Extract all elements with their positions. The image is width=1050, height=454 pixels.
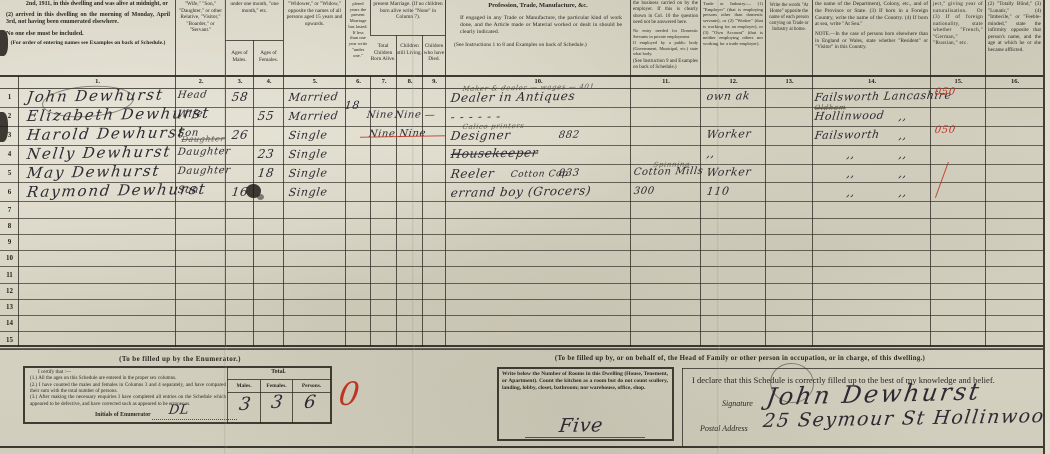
header-col-profession: Profession, Trade, Manufacture, &c. If e…: [445, 0, 630, 76]
signature-handwriting: John Dewhurst: [765, 379, 983, 409]
cell-born: Nine: [366, 110, 394, 120]
rooms-instruction: Write below the Number of Rooms in this …: [502, 371, 668, 392]
column-number-14: 14.: [812, 76, 931, 88]
cell-ditto2: ,,: [898, 111, 908, 122]
row-number: 7: [2, 206, 17, 214]
row-number: 12: [2, 287, 17, 295]
cell-employment: own ak: [706, 90, 751, 102]
cell-relation: Daughter: [177, 147, 231, 158]
table-row-12: 12: [0, 283, 1044, 300]
certify-item: (3.) After making the necessary enquirie…: [30, 394, 226, 407]
cell-died: —: [424, 111, 436, 121]
header-col-ages-note: under one month, "one month," etc.: [225, 0, 283, 40]
cell-red-code: 050: [934, 125, 956, 135]
header-col-employment-status: Trade or Industry:— (1) "Employer" (that…: [700, 0, 765, 76]
cell-birthplace: Hollinwood: [814, 110, 885, 122]
totals-title: Total.: [227, 369, 330, 377]
cell-occupation: errand boy (Grocers): [450, 184, 592, 198]
header-text: NOTE.—In the case of persons born elsewh…: [815, 31, 928, 51]
column-number-16: 16.: [985, 76, 1044, 88]
table-row-8: 8: [0, 218, 1044, 235]
cell-ditto2: ,,: [898, 167, 908, 178]
cell-marital: Married: [288, 91, 339, 103]
cell-ditto1: ,,: [846, 167, 856, 178]
cell-age-f: 23: [257, 147, 275, 159]
enumerator-heading: (To be filled up by the Enumerator.): [20, 355, 340, 364]
cell-struck-red: Nine Nine: [368, 129, 427, 140]
grid-line: [0, 349, 1044, 350]
totals-persons-label: Persons.: [293, 383, 330, 390]
header-col-ages-females: Ages of Females.: [253, 40, 283, 76]
cell-name: Harold Dewhurst: [26, 125, 187, 143]
cell-marital: Married: [288, 110, 339, 122]
totals-females-label: Females.: [261, 383, 292, 390]
header-text: Profession, Trade, Manufacture, &c.: [454, 2, 622, 10]
paper-crease: [224, 0, 227, 454]
certify-item: (2.) I have counted the males and female…: [30, 382, 226, 395]
totals-females-value: 3: [270, 394, 284, 412]
header-col-infirmity: (2) "Totally Blind," (3) "Lunatic," (4) …: [985, 0, 1043, 76]
cell-occupation: Dealer in Antiques: [450, 90, 576, 104]
cell-occ-code: 833: [558, 168, 580, 178]
header-text: No entry needed for Domestic Servants in…: [633, 28, 698, 39]
header-text: If engaged in any Trade or Manufacture, …: [454, 15, 622, 36]
header-col-birthplace: the name of the Department), Colony, etc…: [812, 0, 930, 76]
certification-text: I certify that :— (1.) All the ages on t…: [30, 369, 226, 407]
rooms-value-handwriting: Five: [558, 416, 604, 436]
header-text: No one else must be included.: [6, 30, 170, 38]
cell-living: Nine: [394, 110, 422, 120]
cell-industry: 300: [633, 186, 655, 196]
column-number-2: 2.: [175, 76, 226, 88]
table-row-7: 7: [0, 201, 1044, 218]
postal-address-handwriting: 25 Seymour St Hollinwood: [762, 407, 1050, 431]
cell-employment: Worker: [706, 166, 752, 178]
cell-relation: Daughter: [177, 166, 231, 177]
cell-marital: Single: [288, 167, 328, 179]
header-divider: [225, 40, 283, 41]
paper-crease: [717, 0, 720, 454]
column-number-6: 6.: [345, 76, 371, 88]
table-row-10: 10: [0, 250, 1044, 267]
enumerator-initials-handwriting: DL: [168, 404, 190, 417]
cell-age-m: 58: [231, 91, 249, 103]
cell-marital: Single: [288, 148, 328, 160]
postal-address-label: Postal Address: [700, 424, 748, 433]
column-number-8: 8.: [396, 76, 423, 88]
header-col-ages-males: Ages of Males.: [225, 40, 253, 76]
table-row-13: 13: [0, 299, 1044, 316]
row-number: 13: [2, 303, 17, 311]
cell-marital: Single: [288, 129, 328, 141]
red-zero-mark: 0: [337, 378, 361, 410]
row-number: 9: [2, 238, 17, 246]
cell-employment: Worker: [706, 128, 752, 140]
cell-relation-struck: Daughter: [181, 135, 225, 144]
cell-birthplace: Failsworth Lancashire: [814, 90, 952, 103]
column-number-12: 12.: [700, 76, 766, 88]
header-col-nationality: ject," giving year of naturalisation. Or…: [930, 0, 985, 76]
header-col-children-note: present Marriage. (If no children born a…: [370, 0, 445, 35]
cell-occupation: - - - - - -: [450, 110, 502, 123]
cell-relation: Head: [177, 90, 208, 101]
header-col-at-home: Write the words "At Home" opposite the n…: [765, 0, 812, 76]
row-number: 11: [2, 271, 17, 279]
column-number-7: 7.: [370, 76, 397, 88]
cell-age-m: 26: [231, 129, 249, 141]
cell-relation: Son: [177, 185, 199, 195]
header-col-names: 2nd, 1911, in this dwelling and was aliv…: [4, 0, 172, 76]
row-number: 8: [2, 222, 17, 230]
cell-relation: Wife: [177, 109, 204, 119]
header-text: (See Instructions 1 to 8 and Examples on…: [454, 42, 622, 49]
header-text: (2) arrived in this dwelling on the morn…: [6, 12, 170, 27]
paper-crease: [412, 0, 415, 454]
sheet-bottom-edge: [0, 446, 1050, 448]
header-text: the business carried on by the employer.…: [633, 1, 698, 26]
initials-label: Initials of Enumerator: [95, 412, 151, 418]
grid-line: [0, 345, 1044, 347]
row-number: 1: [2, 93, 17, 101]
cell-ditto1: ,,: [846, 186, 856, 197]
header-divider: [370, 35, 445, 36]
cell-industry-note: Spinning: [653, 161, 691, 169]
header-text: the name of the Department), Colony, etc…: [815, 1, 928, 28]
column-number-13: 13.: [765, 76, 813, 88]
cell-ditto2: ,,: [898, 130, 908, 141]
census-schedule-sheet: 2nd, 1911, in this dwelling and was aliv…: [0, 0, 1050, 454]
cell-occupation-struck: Housekeeper: [450, 146, 539, 160]
header-text: (For order of entering names see Example…: [6, 40, 170, 47]
header-text: (See Instruction 9 and Examples on back …: [633, 59, 698, 72]
cell-occupation: Designer: [450, 129, 511, 142]
header-col-children-died: Children who have Died.: [422, 35, 445, 76]
cell-ditto2: ,,: [898, 149, 908, 160]
totals-line: [227, 379, 331, 380]
rooms-value-rule: [525, 437, 645, 438]
cell-ditto1: ,,: [846, 149, 856, 160]
row-number: 4: [2, 150, 17, 158]
row-number: 5: [2, 169, 17, 177]
totals-males-label: Males.: [228, 383, 260, 390]
cell-occupation: Reeler: [450, 167, 495, 180]
cell-birthplace: Failsworth: [814, 129, 880, 141]
cell-ditto2: ,,: [898, 186, 908, 197]
table-row-11: 11: [0, 266, 1044, 283]
head-section-heading: (To be filled up by, or on behalf of, th…: [450, 355, 1030, 363]
table-row-9: 9: [0, 234, 1044, 251]
header-col-years-married: pleted years the present Marriage has la…: [345, 0, 370, 76]
header-text: If employed by a public body (Government…: [633, 40, 698, 57]
table-row-14: 14: [0, 315, 1044, 332]
totals-males-value: 3: [238, 396, 252, 414]
header-col-marriage: "Widower," or "Widow," opposite the name…: [283, 0, 345, 76]
header-col-industry: the business carried on by the employer.…: [630, 0, 700, 76]
signature-label: Signature: [722, 399, 753, 408]
header-col-relationship: "Wife," "Son," "Daughter," or other Rela…: [175, 0, 225, 76]
declaration-box-edge: [682, 368, 1043, 369]
cell-occ-code: 882: [558, 130, 580, 140]
scan-edge-mark: [0, 112, 8, 142]
ink-blot: [257, 194, 264, 200]
row-number: 6: [2, 188, 17, 196]
cell-age-f: 55: [257, 110, 275, 122]
header-col-children-living: Children still Living.: [396, 35, 422, 76]
row-number: 15: [2, 336, 17, 344]
header-col-children-born: Total Children Born Alive.: [370, 35, 396, 76]
column-number-11: 11.: [630, 76, 701, 88]
cell-employment: ,,: [706, 148, 716, 159]
cell-marital: Single: [288, 186, 328, 198]
cell-age-f: 18: [257, 166, 275, 178]
column-number-9: 9.: [422, 76, 446, 88]
column-number-5: 5.: [283, 76, 346, 88]
column-number-3: 3.: [225, 76, 254, 88]
cell-red-code: 050: [934, 88, 956, 98]
header-text: 2nd, 1911, in this dwelling and was aliv…: [6, 1, 170, 9]
row-number: 14: [2, 319, 17, 327]
cell-name: Nelly Dewhurst: [26, 144, 172, 162]
row-number: 10: [2, 254, 17, 262]
declaration-box-edge: [682, 368, 683, 446]
column-number-4: 4.: [253, 76, 284, 88]
scan-edge-mark: [0, 30, 8, 56]
cell-name: May Dewhurst: [26, 163, 161, 180]
adjacent-page-strip: [1043, 0, 1050, 454]
totals-persons-value: 6: [303, 394, 317, 412]
grid-line: [0, 75, 1044, 77]
